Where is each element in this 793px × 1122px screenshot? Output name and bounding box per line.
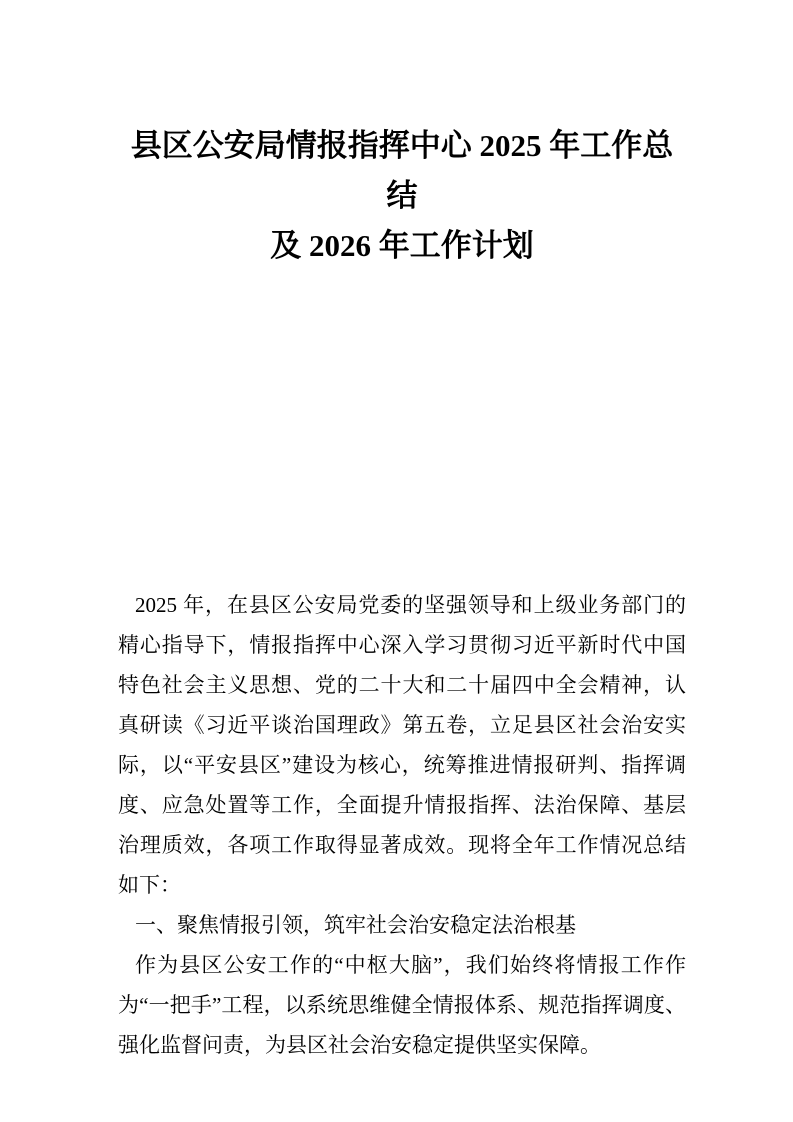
body-line-10: 作为县区公安工作的“中枢大脑”，我们始终将情报工作作 bbox=[118, 945, 686, 985]
body-line-12: 强化监督问责，为县区社会治安稳定提供坚实保障。 bbox=[118, 1025, 686, 1065]
body-line-1: 2025 年，在县区公安局党委的坚强领导和上级业务部门的 bbox=[118, 585, 686, 625]
body-line-8: 如下： bbox=[118, 865, 686, 905]
body-line-7: 治理质效，各项工作取得显著成效。现将全年工作情况总结 bbox=[118, 825, 686, 865]
body-line-11: 为“一把手”工程，以系统思维健全情报体系、规范指挥调度、 bbox=[118, 985, 686, 1025]
title-line-2: 及 2026 年工作计划 bbox=[118, 221, 686, 271]
body-line-6: 度、应急处置等工作，全面提升情报指挥、法治保障、基层 bbox=[118, 785, 686, 825]
document-page: 县区公安局情报指挥中心 2025 年工作总结 及 2026 年工作计划 2025… bbox=[0, 0, 793, 1122]
body-line-4: 真研读《习近平谈治国理政》第五卷，立足县区社会治安实 bbox=[118, 705, 686, 745]
body-line-2: 精心指导下，情报指挥中心深入学习贯彻习近平新时代中国 bbox=[118, 625, 686, 665]
document-body: 2025 年，在县区公安局党委的坚强领导和上级业务部门的 精心指导下，情报指挥中… bbox=[118, 585, 686, 1065]
body-line-3: 特色社会主义思想、党的二十大和二十届四中全会精神，认 bbox=[118, 665, 686, 705]
body-line-5: 际，以“平安县区”建设为核心，统筹推进情报研判、指挥调 bbox=[118, 745, 686, 785]
title-line-1: 县区公安局情报指挥中心 2025 年工作总结 bbox=[118, 121, 686, 221]
section-heading-1: 一、聚焦情报引领，筑牢社会治安稳定法治根基 bbox=[118, 905, 686, 945]
document-title: 县区公安局情报指挥中心 2025 年工作总结 及 2026 年工作计划 bbox=[0, 121, 793, 271]
